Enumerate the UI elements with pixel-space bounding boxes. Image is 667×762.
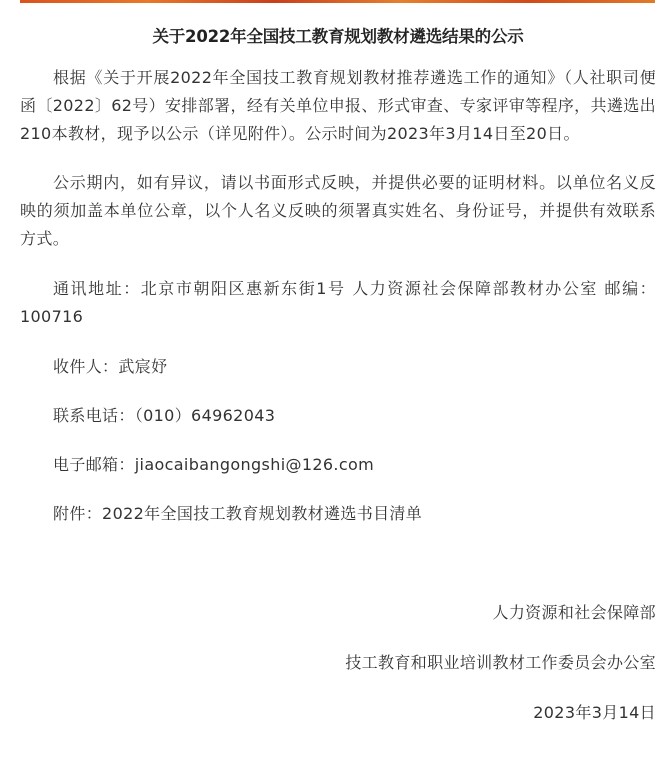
paragraph-notice-basis: 根据《关于开展2022年全国技工教育规划教材推荐遴选工作的通知》（人社职司便函〔… xyxy=(20,64,656,148)
article-title: 关于2022年全国技工教育规划教材遴选结果的公示 xyxy=(20,22,656,52)
contact-email: 电子邮箱：jiaocaibangongshi@126.com xyxy=(20,451,656,479)
paragraph-objection-instructions: 公示期内，如有异议，请以书面形式反映，并提供必要的证明材料。以单位名义反映的须加… xyxy=(20,169,656,253)
attachment-link[interactable]: 附件：2022年全国技工教育规划教材遴选书目清单 xyxy=(20,500,656,528)
signature-org-ministry: 人力资源和社会保障部 xyxy=(20,599,656,627)
contact-recipient: 收件人：武宸妤 xyxy=(20,353,656,381)
article: 关于2022年全国技工教育规划教材遴选结果的公示 根据《关于开展2022年全国技… xyxy=(20,22,656,749)
signature-date: 2023年3月14日 xyxy=(20,699,656,727)
contact-phone: 联系电话：（010）64962043 xyxy=(20,402,656,430)
signature-org-office: 技工教育和职业培训教材工作委员会办公室 xyxy=(20,649,656,677)
contact-address: 通讯地址：北京市朝阳区惠新东街1号 人力资源社会保障部教材办公室 邮编：1007… xyxy=(20,275,656,331)
top-decorative-bar xyxy=(20,0,655,3)
spacer xyxy=(20,549,656,599)
